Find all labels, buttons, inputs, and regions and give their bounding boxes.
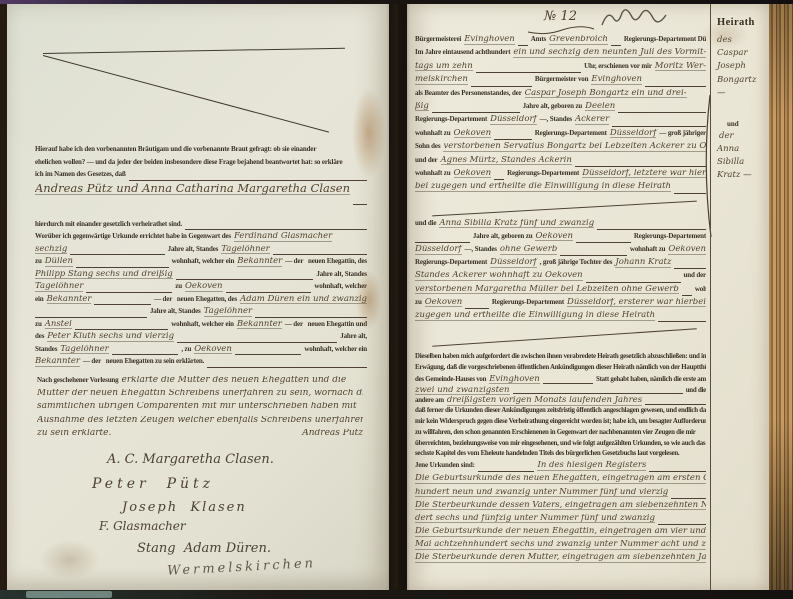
printed-text: Regierungs-Departement (492, 298, 564, 306)
record-main-column: № 12 BürgermeistereiEvinghovenAmtsGreven… (407, 3, 710, 591)
printed-text: wohnhaft (695, 285, 706, 293)
handwritten-text: sämmtlichen übrigen Comparenten mit mir … (37, 402, 357, 411)
printed-text: wohnhaft, welcher ein (171, 320, 234, 328)
printed-text: zu (415, 298, 422, 306)
text-line: zuAnstelwohnhaft, welcher einBekannter— … (35, 320, 367, 333)
handwritten-text: Düsseldorf (610, 129, 657, 139)
printed-text: zu (175, 282, 182, 290)
handwritten-text: verstorbenen Servatius Bongartz bei Lebz… (443, 142, 706, 152)
text-line: Dieselben haben mich aufgefordert die zw… (415, 353, 706, 364)
handwritten-text: Düsseldorf, letztere war hier- (582, 169, 706, 179)
printed-text: Dieselben haben mich aufgefordert die zw… (415, 353, 706, 360)
handwritten-text: ohne Gewerb (500, 245, 557, 255)
text-line: sechste Kapitel des vom Eheleute handeln… (415, 450, 706, 461)
text-line: hundert neun und zwanzig unter Nummer fü… (415, 488, 706, 501)
handwritten-text: Oekoven (194, 345, 232, 355)
printed-text: zu willfahren, den schon genannten Ersch… (415, 429, 696, 436)
handwritten-text: melskirchen (415, 75, 468, 85)
fill-rule (513, 392, 683, 394)
fill-rule (576, 241, 631, 243)
fill-rule (597, 228, 706, 230)
margin-heirath-label: Heirath (717, 17, 767, 28)
handwritten-text: Die Geburtsurkunde der neuen Ehegattin, … (415, 527, 706, 537)
printed-text: Regierungs-Departement (415, 258, 487, 266)
book-left-edge (0, 0, 7, 599)
printed-text: sechste Kapitel des vom Eheleute handeln… (415, 450, 679, 457)
handwritten-text: Anstel (45, 320, 72, 330)
fill-rule (645, 85, 706, 87)
handwritten-text: Oekoven (535, 232, 573, 242)
handwritten-text: Andreas Pütz (302, 429, 363, 438)
text-line: dert sechs und fünfzig unter Nummer fünf… (415, 514, 706, 527)
printed-text: wohnhaft, welcher (314, 282, 367, 290)
printed-text: ich im Namen des Gesetzes, daß (35, 170, 126, 178)
fill-rule (86, 291, 172, 293)
text-line: andere amdreißigsten vorigen Monats lauf… (415, 396, 706, 407)
text-line: zu sein erklärte.Andreas Pütz (37, 429, 363, 442)
fill-rule (674, 267, 706, 269)
printed-text: Jahre alt, Standes (150, 307, 201, 315)
handwritten-text: Agnes Mürtz, Standes Ackerin (441, 156, 572, 166)
text-line: Ausnahme des letzten Zeugen welcher eben… (37, 416, 363, 429)
fill-rule (35, 316, 147, 318)
margin-groom-name: Caspar Joseph (717, 47, 767, 73)
fill-rule (471, 85, 532, 87)
printed-text: wohnhaft, welcher ein (172, 257, 235, 265)
signature-witness: Joseph Klasen (122, 500, 389, 515)
fill-rule (476, 71, 581, 73)
handwritten-text: Oekoven (185, 282, 223, 292)
cancellation-stroke (43, 55, 329, 133)
fill-rule (70, 253, 164, 255)
printed-text: wohnhaft, welcher ein (304, 345, 367, 353)
handwritten-text: Düllen (45, 257, 73, 267)
text-line: sechzigJahre alt, StandesTagelöhner (35, 245, 367, 258)
handwritten-text: Moritz Wer- (655, 62, 706, 72)
text-line: Mai achtzehnhundert sechs und zwanzig un… (415, 540, 706, 553)
printed-text: —, Standes (465, 245, 497, 253)
fill-stroke (415, 196, 706, 219)
text-line: Jene Urkunden sind:In des hiesigen Regis… (415, 461, 706, 474)
handwritten-text: tags um zehn (415, 62, 473, 72)
text-line: Die Geburtsurkunde des neuen Ehegatten, … (415, 474, 706, 487)
printed-text: — der neuen Ehegatten zu sein erklärten. (83, 357, 204, 365)
printed-text: Jahre alt, geboren zu (473, 232, 533, 240)
text-line: StandesTagelöhner, zuOekovenwohnhaft, we… (35, 345, 367, 358)
printed-text: Jahre alt, (340, 332, 367, 340)
fill-rule (612, 125, 706, 127)
handwritten-text: sechzig (35, 245, 67, 255)
printed-text: Amts (531, 35, 546, 43)
printed-text: und die (686, 387, 706, 394)
printed-text: andere am (415, 397, 444, 404)
text-line: Die Sterbeurkunde dessen Vaters, eingetr… (415, 501, 706, 514)
fill-rule (94, 303, 151, 305)
text-line: Erwägung, daß die vorgeschriebenen öffen… (415, 364, 706, 375)
left-page: Hierauf habe ich den vorbenannten Bräuti… (7, 3, 389, 591)
printed-text: wohnhaft zu (415, 169, 451, 177)
printed-text: zu (35, 257, 42, 265)
fill-rule (176, 278, 314, 280)
handwritten-text: ein und sechzig den neunten Juli des Vor… (513, 48, 706, 58)
text-line: Die Geburtsurkunde der neuen Ehegattin, … (415, 527, 706, 540)
printed-text: und der (415, 156, 438, 164)
text-line: Jahre alt, StandesTagelöhner (35, 307, 367, 320)
fill-rule (682, 294, 692, 296)
handwritten-text: Düsseldorf (490, 115, 537, 125)
fill-rule (494, 178, 504, 180)
handwritten-text: Düsseldorf (415, 245, 462, 255)
text-line: BürgermeistereiEvinghovenAmtsGrevenbroic… (415, 35, 706, 48)
text-line: zu willfahren, den schon genannten Ersch… (415, 429, 706, 440)
handwritten-text: Evinghoven (591, 75, 642, 85)
printed-text: wohnhaft zu (630, 245, 666, 253)
signature-witness: Peter Pütz (92, 476, 389, 492)
record-number-line: № 12 (415, 7, 706, 35)
fill-rule (177, 341, 337, 343)
fill-rule (575, 165, 706, 167)
handwritten-text: zugegen und ertheilte die Einwilligung i… (415, 311, 655, 321)
handwritten-text: Evinghoven (489, 375, 540, 385)
fill-rule (671, 497, 706, 499)
handwritten-text: Ackerer (575, 115, 609, 125)
text-line: Im Jahre eintausend achthundertein und s… (415, 48, 706, 61)
handwritten-text: Ferdinand Glasmacher (234, 232, 332, 242)
text-line: Regierungs-DepartementDüsseldorf, groß j… (415, 258, 706, 271)
right-page: № 12 BürgermeistereiEvinghovenAmtsGreven… (407, 3, 769, 591)
handwritten-text: Die Sterbeurkunde deren Mutter, eingetra… (415, 553, 706, 563)
margin-des: des (717, 34, 767, 47)
signature-bride: A. C. Margaretha Clasen. (107, 452, 389, 467)
fill-rule (235, 353, 302, 355)
text-line: zugegen und ertheilte die Einwilligung i… (415, 311, 706, 324)
text-line: hierdurch mit einander gesetzlich verhei… (35, 220, 367, 233)
record-margin-column: Heirath des Caspar Joseph Bongartz — und… (710, 3, 769, 591)
printed-text: als Beamter des Personenstandes, der (415, 89, 522, 97)
handwritten-text: Bekannter (237, 257, 282, 267)
handwritten-text: Die Sterbeurkunde dessen Vaters, eingetr… (415, 501, 706, 511)
handwritten-text: Oekoven (454, 169, 492, 179)
printed-text: und der (684, 271, 707, 279)
handwritten-text: Oekoven (668, 245, 706, 255)
text-line: tags um zehnUhr, erschienen vor mirMorit… (415, 62, 706, 75)
printed-text: zu (35, 320, 42, 328)
printed-text: Im Jahre eintausend achthundert (415, 48, 510, 56)
handwritten-text: Mai achtzehnhundert sechs und zwanzig un… (415, 540, 706, 550)
printed-text: Hierauf habe ich den vorbenannten Bräuti… (35, 145, 316, 153)
text-line: ehelichen wollen? — und da jeder der bei… (35, 158, 367, 171)
printed-text: Jahre alt, Standes (316, 270, 367, 278)
text-line: Philipp Stang sechs und dreißigJahre alt… (35, 270, 367, 283)
text-line: melskirchenBürgermeister vonEvinghoven (415, 75, 706, 88)
printed-text: — der neuen Ehegattin und (285, 320, 367, 328)
marriage-declaration-text: Hierauf habe ich den vorbenannten Bräuti… (7, 145, 389, 370)
text-line: sämmtlichen übrigen Comparenten mit mir … (37, 402, 363, 415)
printed-text: Statt gehabt haben, nämlich die erste am (596, 376, 706, 383)
handwritten-text: verstorbenen Margaretha Müller bei Lebze… (415, 285, 679, 295)
fill-rule (112, 353, 179, 355)
photo-bottom-edge (0, 590, 793, 599)
printed-text: Standes (35, 345, 57, 353)
printed-text: daß ferner die Urkunden dieser Ankündigu… (415, 407, 706, 414)
handwritten-text: Bekannter (237, 320, 282, 330)
text-line: ich im Namen des Gesetzes, daß (35, 170, 367, 183)
fill-rule (207, 366, 367, 368)
printed-text: ein (35, 295, 44, 303)
printed-text: des (35, 332, 44, 340)
fill-rule (273, 253, 367, 255)
handwritten-text: Oekoven (425, 298, 463, 308)
text-line: als Beamter des Personenstandes, derCasp… (415, 89, 706, 102)
handwritten-text: Oekoven (454, 129, 492, 139)
fill-rule (129, 179, 367, 181)
signature-block: A. C. Margaretha Clasen. Peter Pütz Jose… (7, 452, 389, 573)
printed-text: Bürgermeisterei (415, 35, 461, 43)
printed-text: —, Standes (540, 115, 572, 123)
text-line: und derAgnes Mürtz, Standes Ackerin (415, 156, 706, 169)
text-line: überreichten, beziehungsweise von mir ei… (415, 440, 706, 451)
pencil-mark (600, 5, 668, 31)
text-line: zuDüllenwohnhaft, welcher einBekannter— … (35, 257, 367, 270)
official-signature-flourish: Wermelskirchen (167, 553, 389, 580)
text-line: zwei und zwanzigstenund die (415, 386, 706, 397)
printed-text: Regierungs-Departement Düsseldorf. (624, 35, 706, 43)
fill-rule (255, 316, 367, 318)
margin-der: der (719, 130, 767, 143)
fill-rule (518, 44, 528, 46)
handwritten-text: Johann Kratz (615, 258, 671, 268)
fill-rule (494, 138, 532, 140)
text-line: und dieAnna Sibilla Kratz fünf und zwanz… (415, 219, 706, 232)
printed-text: Jene Urkunden sind: (415, 461, 475, 469)
teal-mark (26, 591, 112, 598)
fill-rule (478, 470, 535, 472)
printed-text: , groß jährige Tochter des (540, 258, 613, 266)
printed-text: Bürgermeister von (535, 75, 589, 83)
margin-groom-name: Bongartz — (717, 74, 767, 100)
fill-rule (76, 266, 169, 268)
text-line: Worüber ich gegenwärtige Urkunde erricht… (35, 232, 367, 245)
fill-rule (75, 328, 168, 330)
printed-text: ehelichen wollen? — und da jeder der bei… (35, 158, 342, 166)
handwritten-text: Tagelöhner (35, 282, 83, 292)
fill-rule (586, 281, 681, 283)
margin-bride-name: Anna Sibilla (717, 143, 767, 169)
text-line: bei zugegen und ertheilte die Einwilligu… (415, 182, 706, 195)
text-line: ßigJahre alt, geboren zuDeelen (415, 102, 706, 115)
closing-statement-text: Nach geschehener Vorlesungerklärte die M… (7, 370, 389, 443)
flourish-underline (526, 25, 596, 35)
printed-text: Sohn des (415, 142, 440, 150)
handwritten-text: Düsseldorf, ersterer war hierbei (567, 298, 706, 308)
margin-bride-name: Kratz — (717, 169, 767, 182)
bride-entry-text: und dieAnna Sibilla Kratz fünf und zwanz… (415, 219, 706, 325)
handwritten-text: hundert neun und zwanzig unter Nummer fü… (415, 488, 668, 498)
text-line: Nach geschehener Vorlesungerklärte die M… (37, 376, 363, 389)
fill-stroke (415, 324, 706, 347)
text-line: Sohn desverstorbenen Servatius Bongartz … (415, 142, 706, 155)
printed-text: Regierungs-Departement (415, 115, 487, 123)
printed-text: Regierungs-Departement (634, 232, 706, 240)
fill-rule (353, 203, 367, 205)
book-photo: { "document": { "type_label": "Heirath",… (0, 0, 793, 599)
text-line: einBekannter— der neuen Ehegatten, desAd… (35, 295, 367, 308)
page-stack-edge (769, 0, 793, 599)
text-line: zuOekovenRegierungs-DepartementDüsseldor… (415, 298, 706, 311)
photo-top-edge (0, 0, 793, 4)
handwritten-text: Düsseldorf (490, 258, 537, 268)
handwritten-text: bei zugegen und ertheilte die Einwilligu… (415, 182, 671, 192)
fill-rule (658, 523, 706, 525)
fill-rule (618, 111, 706, 113)
cancellation-stroke (43, 48, 345, 54)
printed-text: Jahre alt, Standes (168, 245, 219, 253)
printed-text: Regierungs-Departement (507, 169, 579, 177)
groom-entry-text: BürgermeistereiEvinghovenAmtsGrevenbroic… (415, 35, 706, 196)
handwritten-text: Ausnahme des letzten Zeugen welcher eben… (37, 416, 363, 425)
handwritten-text: Evinghoven (464, 35, 515, 45)
printed-text: Worüber ich gegenwärtige Urkunde erricht… (35, 232, 231, 240)
margin-und-label: und (727, 120, 767, 128)
text-line: mir kein Widerspruch gegen diese Verheir… (415, 418, 706, 429)
printed-text: — der neuen Ehegatten, des (154, 295, 237, 303)
fill-rule (465, 307, 489, 309)
printed-text: Jahre alt, geboren zu (523, 102, 583, 110)
text-line: des Gemeinde-Hauses vonEvinghovenStatt g… (415, 375, 706, 386)
handwritten-text: ßig (415, 102, 429, 112)
handwritten-text: In des hiesigen Registers (537, 461, 646, 471)
printed-text: Nach geschehener Vorlesung (37, 376, 119, 384)
printed-text: hierdurch mit einander gesetzlich verhei… (35, 220, 182, 228)
text-line: Die Sterbeurkunde deren Mutter, eingetra… (415, 553, 706, 566)
handwritten-text: erklärte die Mutter des neuen Ehegatten … (122, 376, 347, 385)
text-line: TagelöhnerzuOekovenwohnhaft, welcher (35, 282, 367, 295)
printed-text: Uhr, erschienen vor mir (584, 62, 652, 70)
fill-rule (226, 291, 312, 293)
text-line: Bekannter— der neuen Ehegatten zu sein e… (35, 357, 367, 370)
fill-rule (415, 241, 470, 243)
handwritten-text: zu sein erklärte. (37, 429, 111, 438)
printed-text: Erwägung, daß die vorgeschriebenen öffen… (415, 364, 706, 371)
record-number: № 12 (544, 9, 577, 24)
handwritten-text: Grevenbroich (549, 35, 608, 45)
printed-text: des Gemeinde-Hauses von (415, 376, 486, 383)
text-line: Düsseldorf—, Standesohne Gewerbwohnhaft … (415, 245, 706, 258)
handwritten-text: Mutter der neuen Ehegattin Schreibens un… (37, 389, 363, 398)
fill-rule (543, 382, 593, 384)
handwritten-text: Peter Kluth sechs und vierzig (47, 332, 174, 342)
text-line: Hierauf habe ich den vorbenannten Bräuti… (35, 145, 367, 158)
fill-rule (658, 320, 706, 322)
fill-rule (649, 470, 706, 472)
text-line: desPeter Kluth sechs und vierzigJahre al… (35, 332, 367, 345)
printed-text: Regierungs-Departement (535, 129, 607, 137)
printed-text: — der neuen Ehegattin, des (285, 257, 367, 265)
handwritten-text: Anna Sibilla Kratz fünf und zwanzig (439, 219, 594, 229)
handwritten-text: Caspar Joseph Bongartz ein und drei- (525, 89, 687, 99)
announcement-and-documents-text: Dieselben haben mich aufgefordert die zw… (415, 353, 706, 566)
cancellation-zone (7, 3, 389, 145)
printed-text: und die (415, 219, 436, 227)
text-line: Jahre alt, geboren zuOekovenRegierungs-D… (415, 232, 706, 245)
handwritten-text: Tagelöhner (204, 307, 252, 317)
printed-text: — groß jähriger (659, 129, 706, 137)
text-line: Standes Ackerer wohnhaft zu Oekovenund d… (415, 271, 706, 284)
handwritten-text: Andreas Pütz und Anna Catharina Margaret… (35, 183, 350, 196)
text-line: Andreas Pütz und Anna Catharina Margaret… (35, 183, 367, 207)
handwritten-text: Bekannter (35, 357, 80, 367)
printed-text: mir kein Widerspruch gegen diese Verheir… (415, 418, 706, 425)
handwritten-text: Bekannter (47, 295, 92, 305)
text-line: verstorbenen Margaretha Müller bei Lebze… (415, 285, 706, 298)
printed-text: überreichten, beziehungsweise von mir ei… (415, 440, 705, 447)
signature-witness: F. Glasmacher (99, 519, 389, 533)
text-line: Mutter der neuen Ehegattin Schreibens un… (37, 389, 363, 402)
fill-rule (645, 403, 706, 405)
handwritten-text: Standes Ackerer wohnhaft zu Oekoven (415, 271, 583, 281)
handwritten-text: Deelen (585, 102, 615, 112)
text-line: daß ferner die Urkunden dieser Ankündigu… (415, 407, 706, 418)
text-line: wohnhaft zuOekovenRegierungs-Departement… (415, 129, 706, 142)
handwritten-text: Tagelöhner (221, 245, 269, 255)
handwritten-text: dert sechs und fünfzig unter Nummer fünf… (415, 514, 655, 524)
handwritten-text: Die Geburtsurkunde des neuen Ehegatten, … (415, 474, 706, 484)
fill-rule (185, 228, 367, 230)
handwritten-text: Tagelöhner (60, 345, 108, 355)
handwritten-text: Philipp Stang sechs und dreißig (35, 270, 173, 280)
printed-text: , zu (181, 345, 191, 353)
text-line: wohnhaft zuOekovenRegierungs-Departement… (415, 169, 706, 182)
fill-rule (611, 44, 621, 46)
printed-text: wohnhaft zu (415, 129, 451, 137)
fill-rule (560, 254, 627, 256)
text-line: Regierungs-DepartementDüsseldorf—, Stand… (415, 115, 706, 128)
handwritten-text: zwei und zwanzigsten (415, 386, 510, 396)
handwritten-text: dreißigsten vorigen Monats laufenden Jah… (447, 396, 642, 406)
handwritten-text: Adam Düren ein und zwanzig (240, 295, 367, 305)
fill-rule (432, 111, 520, 113)
